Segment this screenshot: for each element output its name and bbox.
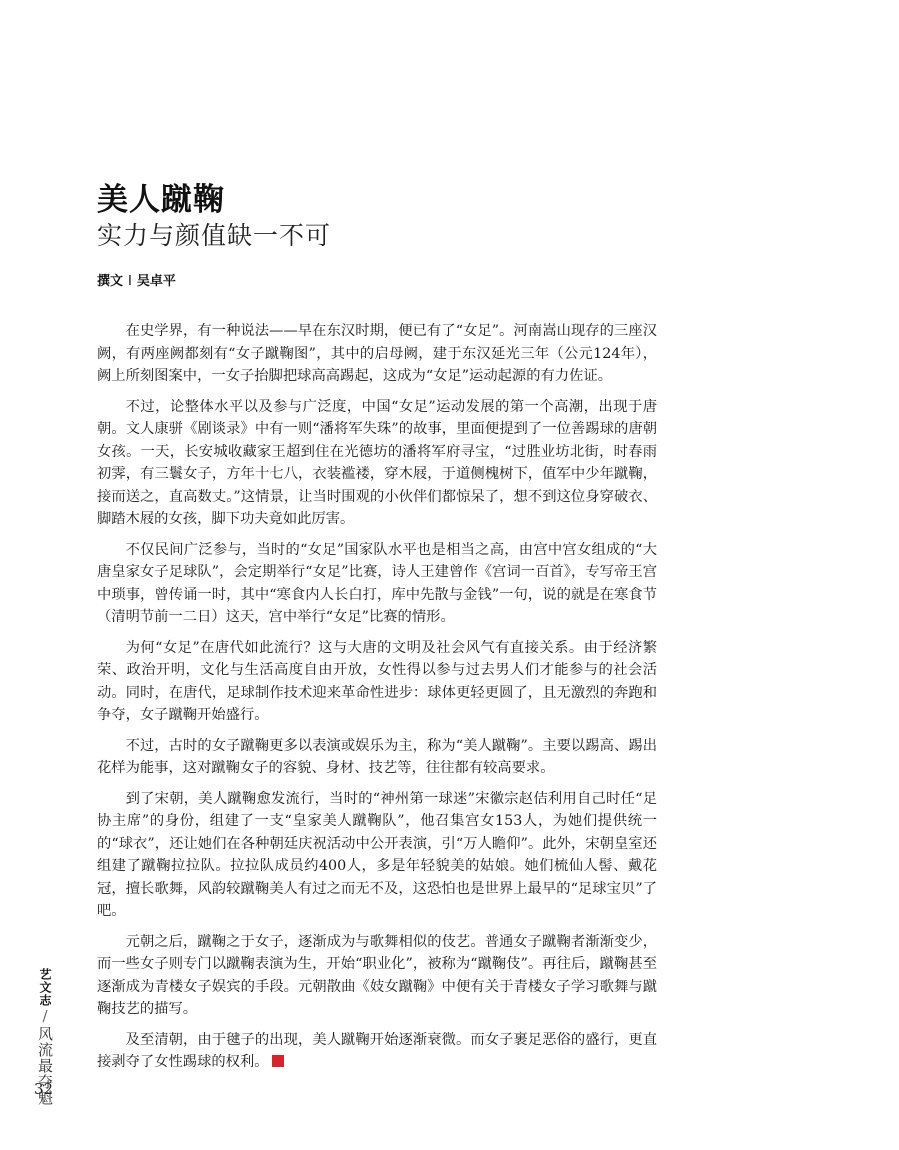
- byline-author: 吴卓平: [137, 274, 176, 289]
- paragraph-8-text: 及至清朝，由于毽子的出现，美人蹴鞠开始逐渐衰微。而女子裹足恶俗的盛行，更直接剥夺…: [97, 1032, 657, 1071]
- byline-label: 撰文: [97, 274, 123, 289]
- paragraph-8: 及至清朝，由于毽子的出现，美人蹴鞠开始逐渐衰微。而女子裹足恶俗的盛行，更直接剥夺…: [97, 1029, 657, 1074]
- paragraph-1: 在史学界，有一种说法——早在东汉时期，便已有了“女足”。河南嵩山现存的三座汉阙，…: [97, 320, 657, 388]
- article-title: 美人蹴鞠: [97, 174, 225, 219]
- paragraph-7: 元朝之后，蹴鞠之于女子，逐渐成为与歌舞相似的伎艺。普通女子蹴鞠者渐渐变少，而一些…: [97, 931, 657, 1021]
- paragraph-4: 为何“女足”在唐代如此流行？这与大唐的文明及社会风气有直接关系。由于经济繁荣、政…: [97, 637, 657, 727]
- paragraph-6: 到了宋朝，美人蹴鞠愈发流行，当时的“神州第一球迷”宋徽宗赵佶利用自己时任“足协主…: [97, 788, 657, 923]
- byline: 撰文I吴卓平: [97, 270, 176, 289]
- paragraph-3: 不仅民间广泛参与，当时的“女足”国家队水平也是相当之高，由宫中宫女组成的“大唐皇…: [97, 539, 657, 629]
- page-number: 32: [34, 1080, 53, 1098]
- section-slash: /: [36, 1007, 54, 1026]
- end-of-article-square-icon: [272, 1055, 284, 1067]
- byline-separator: I: [128, 274, 132, 289]
- paragraph-2: 不过，论整体水平以及参与广泛度，中国“女足”运动发展的第一个高潮，出现于唐朝。文…: [97, 396, 657, 531]
- paragraph-5: 不过，古时的女子蹴鞠更多以表演或娱乐为主，称为“美人蹴鞠”。主要以踢高、踢出花样…: [97, 735, 657, 780]
- article-body: 在史学界，有一种说法——早在东汉时期，便已有了“女足”。河南嵩山现存的三座汉阙，…: [97, 320, 657, 1082]
- article-subtitle: 实力与颜值缺一不可: [97, 216, 331, 252]
- section-name: 艺文志: [38, 968, 52, 1007]
